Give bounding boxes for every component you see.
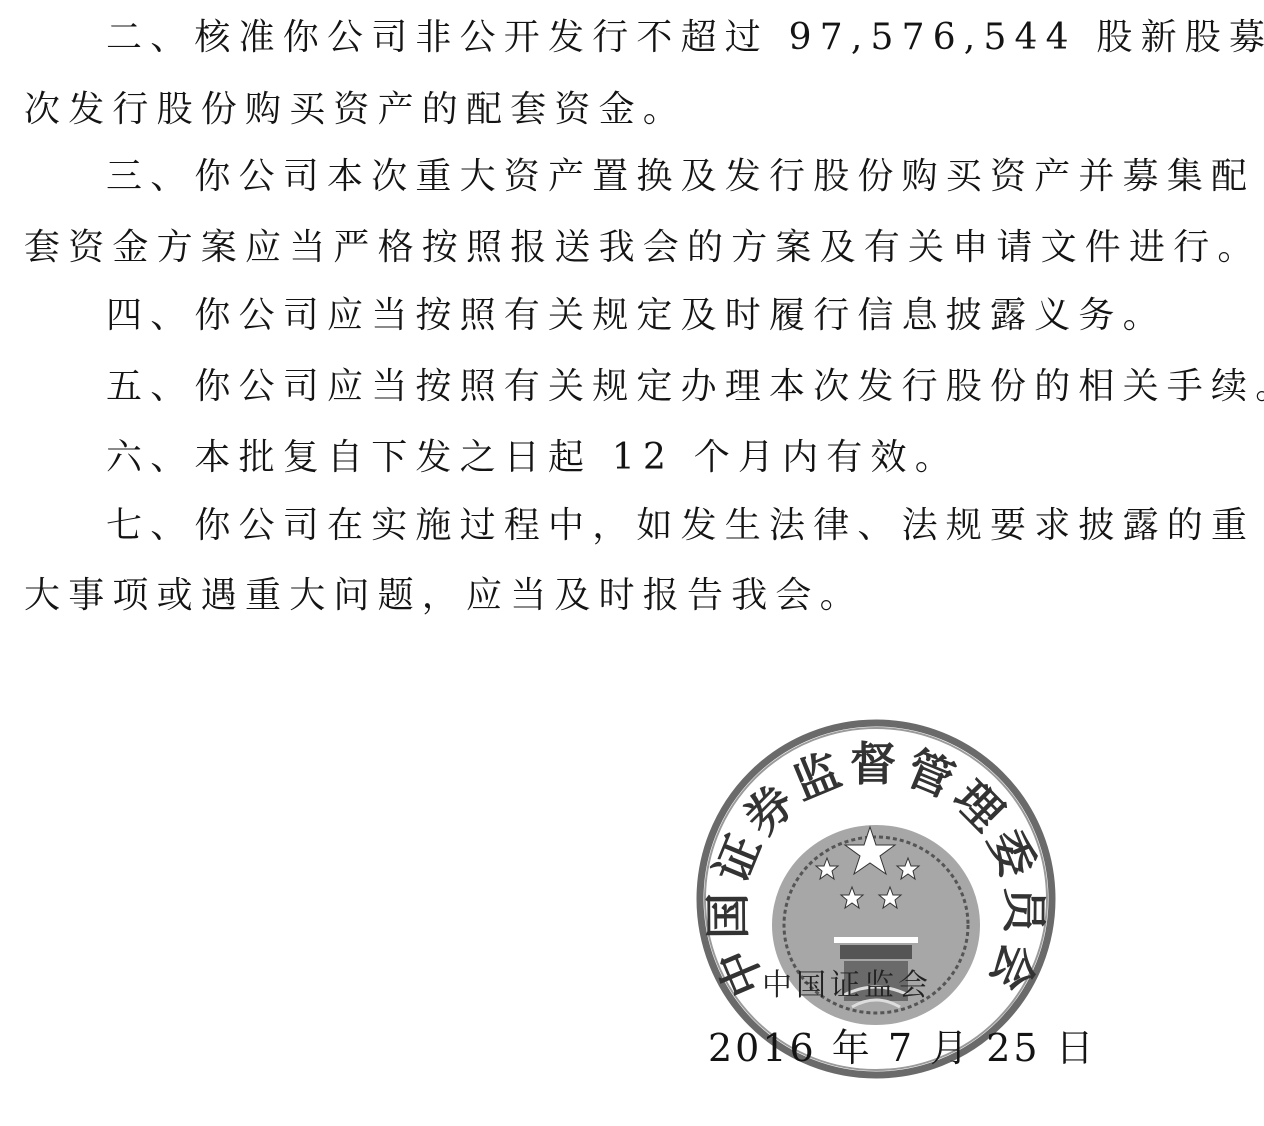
paragraph-4: 四、你公司应当按照有关规定及时履行信息披露义务。 bbox=[106, 292, 1167, 340]
paragraph-7-line-1: 七、你公司在实施过程中，如发生法律、法规要求披露的重 bbox=[106, 502, 1255, 550]
paragraph-2-line-1: 二、核准你公司非公开发行不超过 97,576,544 股新股募集本 bbox=[106, 14, 1264, 62]
paragraph-2-line-2: 次发行股份购买资产的配套资金。 bbox=[24, 86, 687, 134]
document-page: 二、核准你公司非公开发行不超过 97,576,544 股新股募集本 次发行股份购… bbox=[0, 0, 1264, 1126]
paragraph-5: 五、你公司应当按照有关规定办理本次发行股份的相关手续。 bbox=[106, 363, 1264, 411]
paragraph-7-line-2: 大事项或遇重大问题，应当及时报告我会。 bbox=[24, 572, 864, 620]
issue-date: 2016 年 7 月 25 日 bbox=[708, 1024, 1097, 1072]
paragraph-3-line-1: 三、你公司本次重大资产置换及发行股份购买资产并募集配 bbox=[106, 153, 1255, 201]
paragraph-3-line-2: 套资金方案应当严格按照报送我会的方案及有关申请文件进行。 bbox=[24, 224, 1262, 272]
signature: 中国证监会 bbox=[762, 960, 932, 1004]
paragraph-6: 六、本批复自下发之日起 12 个月内有效。 bbox=[106, 434, 959, 482]
